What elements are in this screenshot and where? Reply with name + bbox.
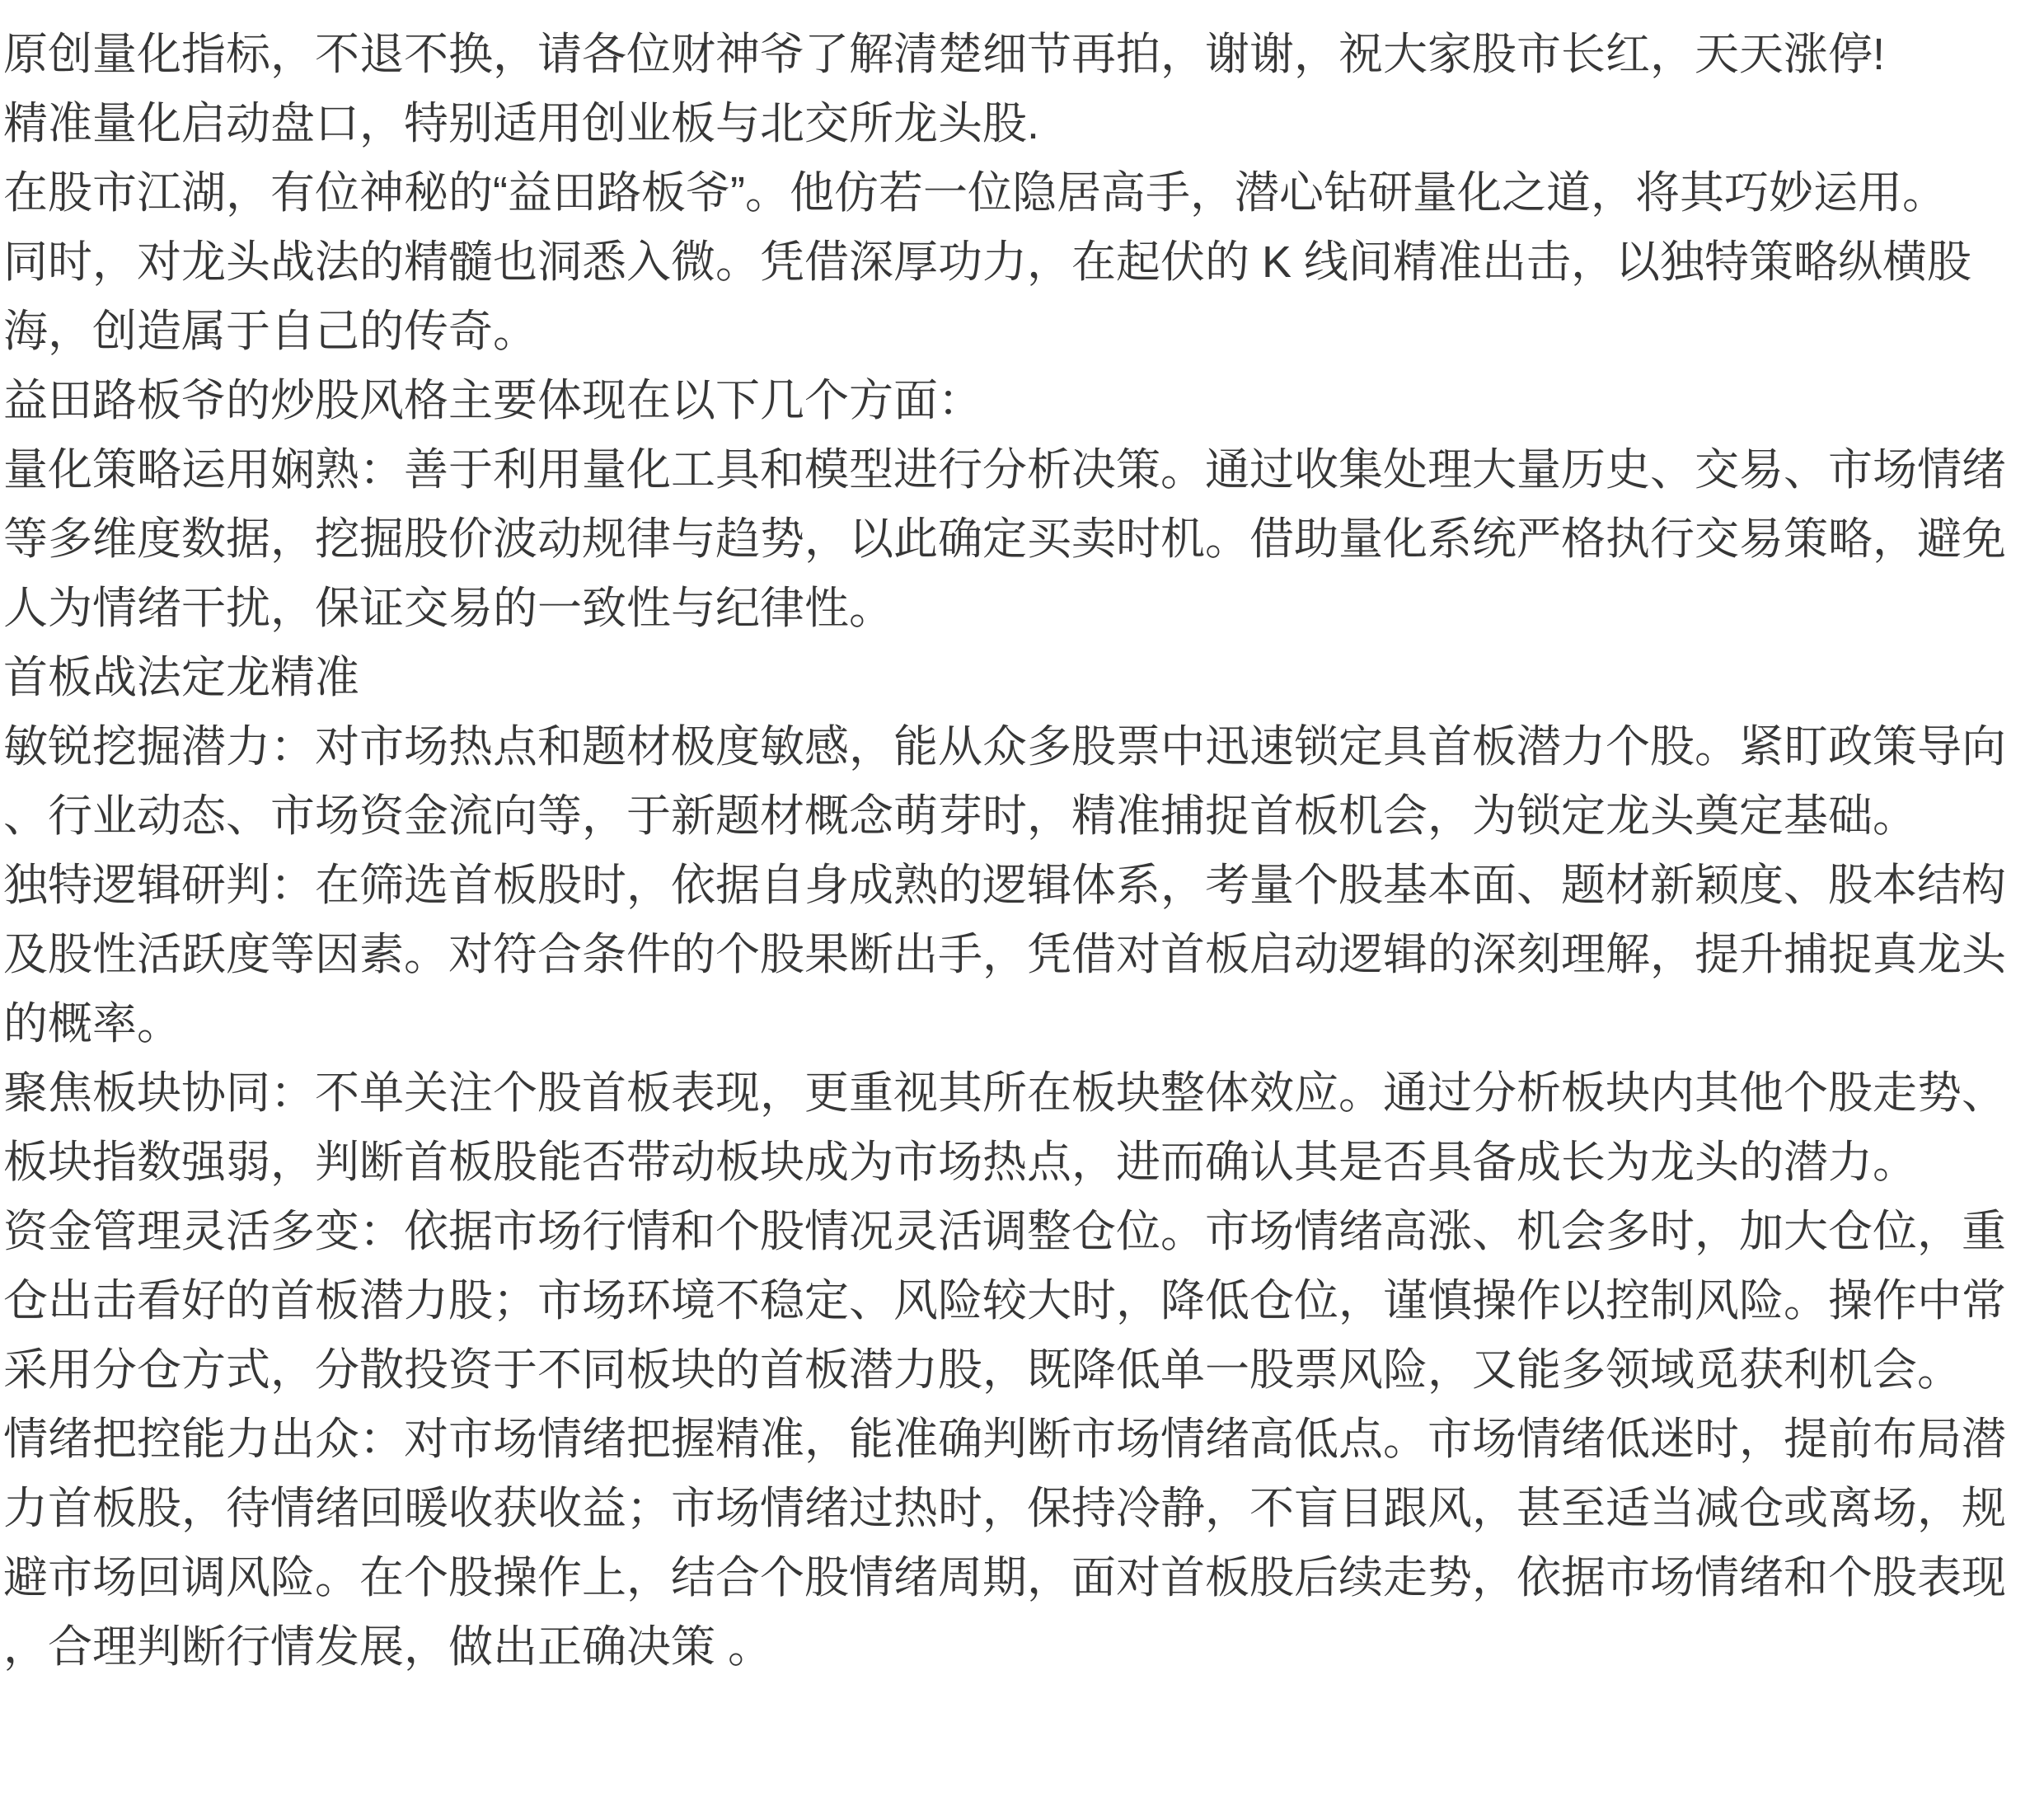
text-line: 首板战法定龙精准	[3, 643, 2044, 712]
text-line: 精准量化启动盘口，特别适用创业板与北交所龙头股.	[3, 89, 2044, 158]
text-line: 板块指数强弱，判断首板股能否带动板块成为市场热点，进而确认其是否具备成长为龙头的…	[3, 1128, 2044, 1197]
text-line: 益田路板爷的炒股风格主要体现在以下几个方面：	[3, 366, 2044, 435]
text-line: 原创量化指标，不退不换，请各位财神爷了解清楚细节再拍，谢谢，祝大家股市长红，天天…	[3, 20, 2044, 89]
text-line: 在股市江湖，有位神秘的“益田路板爷”。他仿若一位隐居高手，潜心钻研量化之道，将其…	[3, 158, 2044, 228]
text-line: 情绪把控能力出众：对市场情绪把握精准，能准确判断市场情绪高低点。市场情绪低迷时，…	[3, 1405, 2044, 1474]
text-line: 海，创造属于自己的传奇。	[3, 297, 2044, 366]
text-line: 同时，对龙头战法的精髓也洞悉入微。凭借深厚功力，在起伏的 K 线间精准出击，以独…	[3, 228, 2044, 297]
text-line: 力首板股，待情绪回暖收获收益；市场情绪过热时，保持冷静，不盲目跟风，甚至适当减仓…	[3, 1474, 2044, 1543]
text-line: 仓出击看好的首板潜力股；市场环境不稳定、风险较大时，降低仓位，谨慎操作以控制风险…	[3, 1266, 2044, 1335]
text-line: 人为情绪干扰，保证交易的一致性与纪律性。	[3, 574, 2044, 643]
text-line: 避市场回调风险。在个股操作上，结合个股情绪周期，面对首板股后续走势，依据市场情绪…	[3, 1543, 2044, 1612]
text-line: ，合理判断行情发展，做出正确决策 。	[3, 1612, 2044, 1682]
text-line: 聚焦板块协同：不单关注个股首板表现，更重视其所在板块整体效应。通过分析板块内其他…	[3, 1058, 2044, 1128]
text-line: 敏锐挖掘潜力：对市场热点和题材极度敏感，能从众多股票中迅速锁定具首板潜力个股。紧…	[3, 712, 2044, 781]
text-line: 、行业动态、市场资金流向等，于新题材概念萌芽时，精准捕捉首板机会，为锁定龙头奠定…	[3, 781, 2044, 851]
document-text-block: 原创量化指标，不退不换，请各位财神爷了解清楚细节再拍，谢谢，祝大家股市长红，天天…	[0, 0, 2044, 1682]
text-line: 量化策略运用娴熟：善于利用量化工具和模型进行分析决策。通过收集处理大量历史、交易…	[3, 435, 2044, 504]
text-line: 资金管理灵活多变：依据市场行情和个股情况灵活调整仓位。市场情绪高涨、机会多时，加…	[3, 1197, 2044, 1266]
text-line: 采用分仓方式，分散投资于不同板块的首板潜力股，既降低单一股票风险，又能多领域觅获…	[3, 1335, 2044, 1405]
text-line: 的概率。	[3, 989, 2044, 1058]
text-line: 等多维度数据，挖掘股价波动规律与趋势，以此确定买卖时机。借助量化系统严格执行交易…	[3, 504, 2044, 574]
text-line: 独特逻辑研判：在筛选首板股时，依据自身成熟的逻辑体系，考量个股基本面、题材新颖度…	[3, 851, 2044, 920]
text-line: 及股性活跃度等因素。对符合条件的个股果断出手，凭借对首板启动逻辑的深刻理解，提升…	[3, 920, 2044, 989]
